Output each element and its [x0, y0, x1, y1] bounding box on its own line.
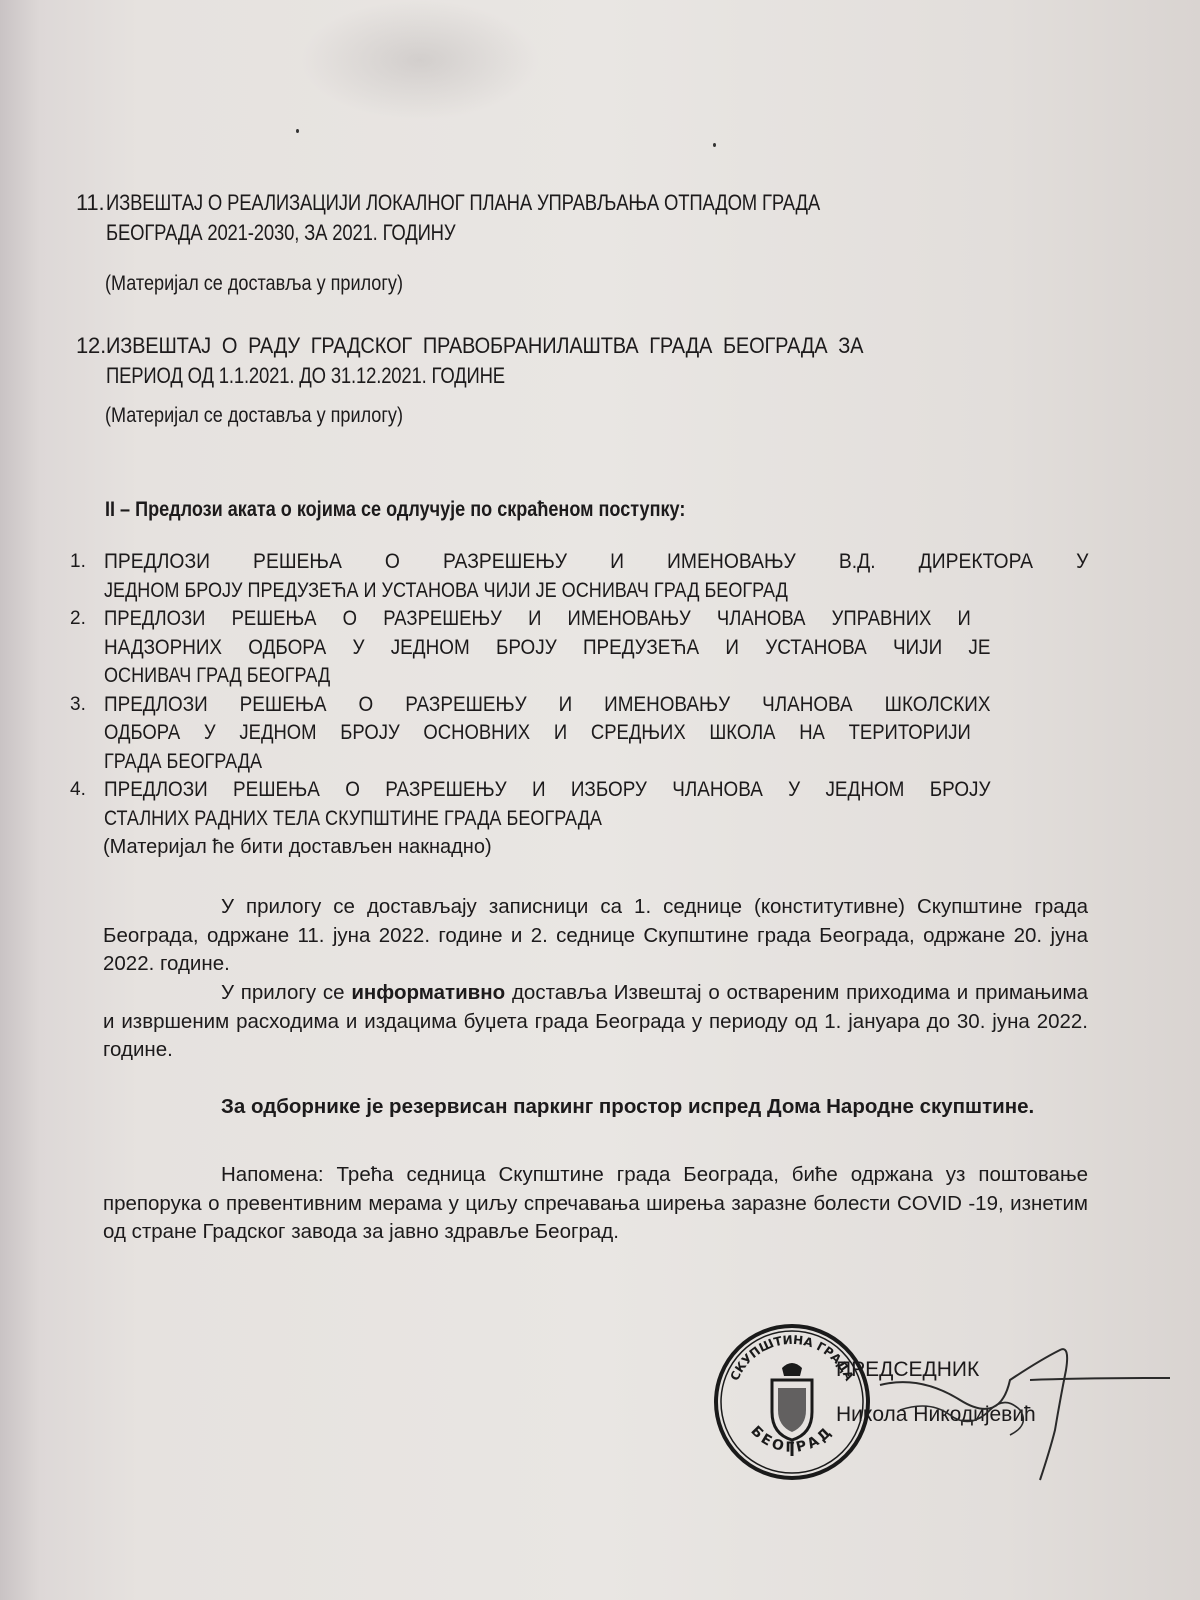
section-ii-item-4: 4. ПРЕДЛОЗИ РЕШЕЊА О РАЗРЕШЕЊУ И ИЗБОРУ …: [70, 776, 1090, 833]
paragraph-bold-text: информативно: [351, 981, 505, 1004]
item-text-line: ПРЕДЛОЗИ РЕШЕЊА О РАЗРЕШЕЊУ И ИМЕНОВАЊУ …: [104, 548, 1088, 577]
item-11-note: (Материјал се доставља у прилогу): [105, 272, 403, 296]
item-number: 11.: [76, 188, 104, 218]
item-text-line: ИЗВЕШТАЈ О РАДУ ГРАДСКОГ ПРАВОБРАНИЛАШТВ…: [106, 331, 863, 361]
section-ii-heading: II – Предлози аката о којима се одлучује…: [105, 498, 685, 522]
item-text-line: ПРЕДЛОЗИ РЕШЕЊА О РАЗРЕШЕЊУ И ИМЕНОВАЊУ …: [104, 605, 971, 634]
handwritten-signature-icon: [840, 1340, 1180, 1490]
attachments-paragraph: У прилогу се достављају записници са 1. …: [103, 893, 1088, 979]
remark-paragraph: Напомена: Трећа седница Скупштине града …: [103, 1161, 1088, 1247]
section-ii-list: 1. ПРЕДЛОЗИ РЕШЕЊА О РАЗРЕШЕЊУ И ИМЕНОВА…: [70, 548, 1090, 833]
item-number: 12.: [76, 331, 106, 361]
paragraph-text: Напомена: Трећа седница Скупштине града …: [103, 1163, 1088, 1243]
paper-speck: [713, 143, 716, 147]
item-text-line: ИЗВЕШТАЈ О РЕАЛИЗАЦИЈИ ЛОКАЛНОГ ПЛАНА УП…: [106, 188, 820, 218]
item-text-line: ПРЕДЛОЗИ РЕШЕЊА О РАЗРЕШЕЊУ И ИЗБОРУ ЧЛА…: [104, 776, 991, 805]
section-ii-item-3: 3. ПРЕДЛОЗИ РЕШЕЊА О РАЗРЕШЕЊУ И ИМЕНОВА…: [70, 691, 1090, 777]
paragraph-text: У прилогу се достављају записници са 1. …: [103, 895, 1088, 975]
section-ii-item-1: 1. ПРЕДЛОЗИ РЕШЕЊА О РАЗРЕШЕЊУ И ИМЕНОВА…: [70, 548, 1090, 605]
item-number: 2.: [70, 605, 86, 634]
paper-speck: [296, 129, 299, 133]
paragraph-text: У прилогу се: [221, 981, 351, 1004]
item-text-line: ОДБОРА У ЈЕДНОМ БРОЈУ ОСНОВНИХ И СРЕДЊИХ…: [104, 719, 971, 748]
paper-shadow: [300, 0, 540, 120]
item-number: 4.: [70, 776, 86, 805]
item-text-line: ПЕРИОД ОД 1.1.2021. ДО 31.12.2021. ГОДИН…: [106, 361, 505, 391]
section-ii-note: (Материјал ће бити достављен накнадно): [103, 836, 492, 859]
parking-paragraph: За одборнике је резервисан паркинг прост…: [103, 1093, 1088, 1122]
informative-paragraph: У прилогу се информативно доставља Извеш…: [103, 979, 1088, 1065]
item-text-line: ОСНИВАЧ ГРАД БЕОГРАД: [104, 662, 951, 691]
document-page: 11. ИЗВЕШТАЈ О РЕАЛИЗАЦИЈИ ЛОКАЛНОГ ПЛАН…: [0, 0, 1200, 1600]
item-text-line: ГРАДА БЕОГРАДА: [104, 748, 951, 777]
item-text-line: ЈЕДНОМ БРОЈУ ПРЕДУЗЕЋА И УСТАНОВА ЧИЈИ Ј…: [104, 577, 951, 606]
section-ii-item-2: 2. ПРЕДЛОЗИ РЕШЕЊА О РАЗРЕШЕЊУ И ИМЕНОВА…: [70, 605, 1090, 691]
item-text-line: СТАЛНИХ РАДНИХ ТЕЛА СКУПШТИНЕ ГРАДА БЕОГ…: [104, 805, 951, 834]
item-text-line: БЕОГРАДА 2021-2030, ЗА 2021. ГОДИНУ: [106, 218, 455, 248]
item-text-line: ПРЕДЛОЗИ РЕШЕЊА О РАЗРЕШЕЊУ И ИМЕНОВАЊУ …: [104, 691, 991, 720]
item-number: 1.: [70, 548, 86, 577]
item-text-line: НАДЗОРНИХ ОДБОРА У ЈЕДНОМ БРОЈУ ПРЕДУЗЕЋ…: [104, 634, 991, 663]
item-12-note: (Материјал се доставља у прилогу): [105, 404, 403, 428]
item-number: 3.: [70, 691, 86, 720]
paragraph-text: За одборнике је резервисан паркинг прост…: [221, 1095, 1034, 1118]
